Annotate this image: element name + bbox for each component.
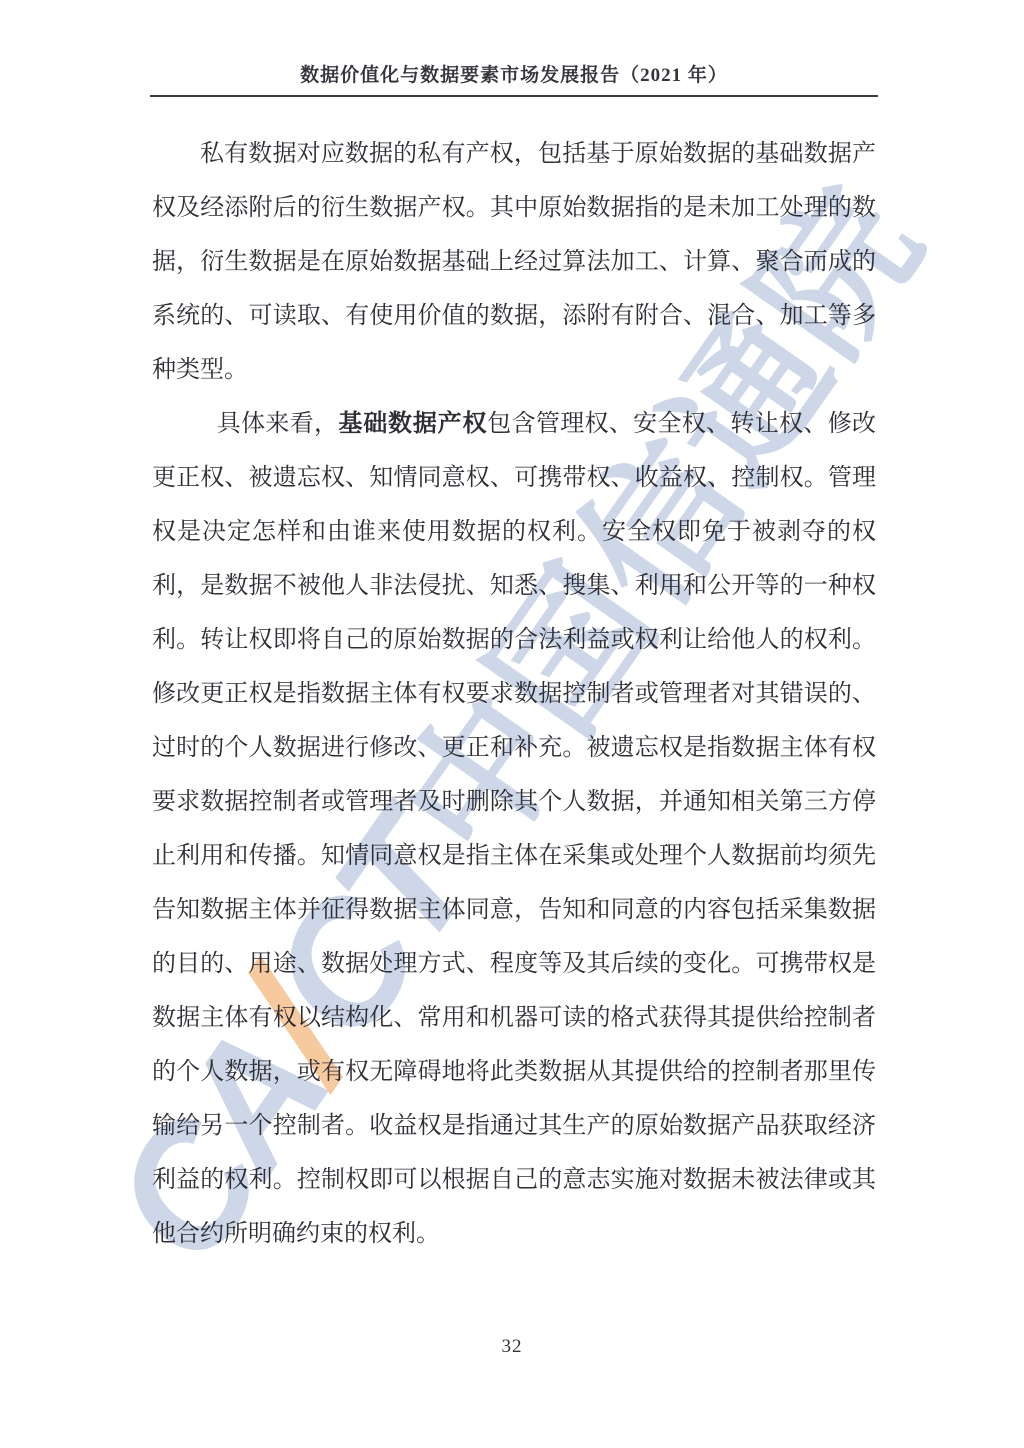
paragraph: 私有数据对应数据的私有产权，包括基于原始数据的基础数据产权及经添附后的衍生数据产… (152, 127, 876, 397)
paragraph-segment: 包含管理权、安全权、转让权、修改更正权、被遗忘权、知情同意权、可携带权、收益权、… (152, 411, 876, 1247)
report-title: 数据价值化与数据要素市场发展报告（2021 年） (150, 60, 878, 87)
header-rule (150, 95, 878, 97)
page-number: 32 (502, 1336, 523, 1357)
document-page: CA/CT中国信通院 数据价值化与数据要素市场发展报告（2021 年） 私有数据… (0, 0, 1024, 1448)
page-header: 数据价值化与数据要素市场发展报告（2021 年） (150, 60, 878, 97)
body-text: 私有数据对应数据的私有产权，包括基于原始数据的基础数据产权及经添附后的衍生数据产… (152, 127, 876, 1261)
paragraph: 具体来看，基础数据产权包含管理权、安全权、转让权、修改更正权、被遗忘权、知情同意… (152, 397, 876, 1261)
page-footer: 32 (0, 1336, 1024, 1358)
paragraph-segment: 私有数据对应数据的私有产权，包括基于原始数据的基础数据产权及经添附后的衍生数据产… (152, 141, 876, 383)
bold-term: 基础数据产权 (338, 410, 487, 437)
paragraph-segment: 具体来看， (217, 411, 339, 437)
